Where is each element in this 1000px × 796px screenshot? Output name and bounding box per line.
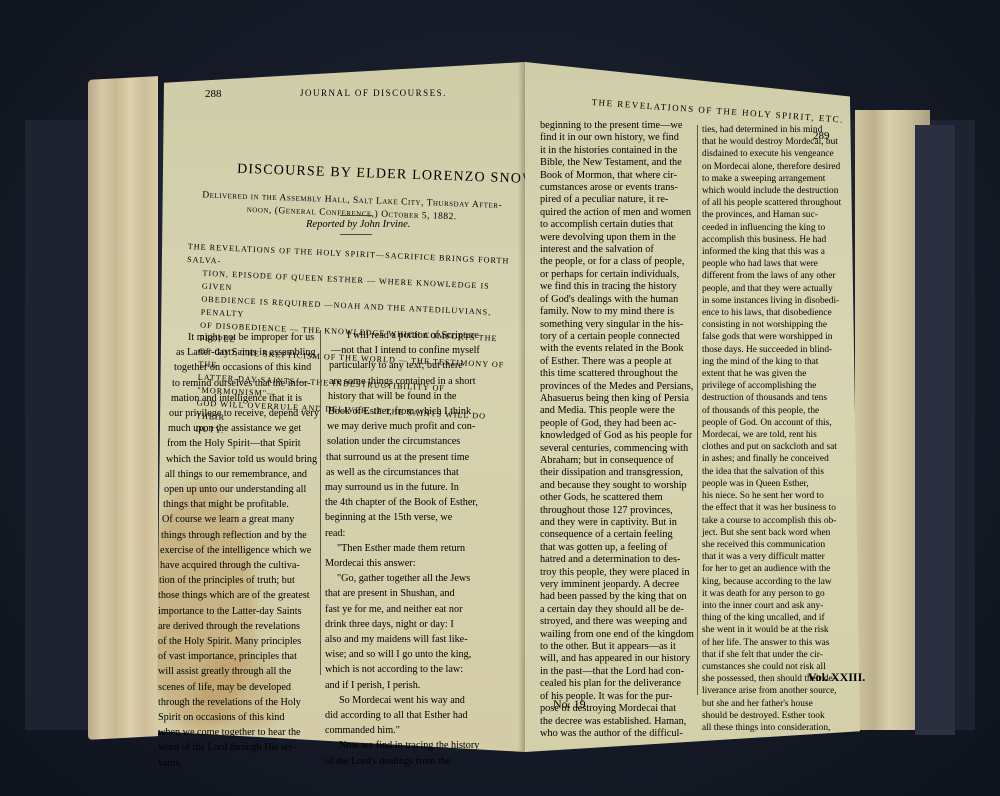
text-line: "Then Esther made them return [325, 541, 515, 556]
column-divider [697, 125, 698, 695]
text-line: and Media. This people were the [540, 405, 698, 417]
text-line: the decree was established. Haman, [540, 716, 698, 728]
text-line: the 4th chapter of the Book of Esther, [325, 495, 515, 510]
text-line: It might not be improper for us [158, 330, 320, 345]
text-line: she received this communication [702, 539, 857, 551]
text-line: cumstances arose or events trans- [540, 182, 698, 194]
text-line: tion of the principles of truth; but [158, 573, 320, 588]
text-line: when we come together to hear the [158, 725, 320, 740]
text-line: interest and the salvation of [540, 244, 698, 256]
text-line: "Go, gather together all the Jews [325, 571, 515, 586]
text-line: of God's dealings with the human [540, 294, 698, 306]
text-line: in ashes; and finally he conceived [702, 453, 857, 465]
text-line: several centuries, commencing with [540, 443, 698, 455]
text-line: should be destroyed. Esther took [702, 710, 857, 722]
text-line: vants. [158, 756, 320, 771]
text-line: mation and intelligence that it is [158, 391, 320, 406]
text-line: informed the king that this was a [702, 246, 857, 258]
text-line: privilege of accomplishing the [702, 380, 857, 392]
text-line: wailing from one end of the kingdom [540, 629, 698, 641]
text-line: Of course we learn a great many [158, 512, 320, 527]
text-line: and they were in captivity. But in [540, 517, 698, 529]
text-line: are derived through the revelations [158, 619, 320, 634]
text-line: have acquired through the cultiva- [158, 558, 320, 573]
text-line: fast ye for me, and neither eat nor [325, 602, 515, 617]
text-line: So Mordecai went his way and [325, 693, 515, 708]
text-line: family. Now to my mind there is [540, 306, 698, 318]
text-line: to remind ourselves that the infor- [158, 376, 320, 391]
text-line: beginning at the 15th verse, we [325, 510, 515, 525]
text-line: the people, or for a class of people, [540, 256, 698, 268]
text-line: tory of a certain people connected [540, 331, 698, 343]
text-line: as Latter-day Saints in assembling [158, 345, 320, 360]
text-line: the provinces, and Haman suc- [702, 209, 857, 221]
left-page-column-1: It might not be improper for us as Latte… [158, 330, 320, 771]
text-line: may surround us in the future. In [325, 480, 515, 495]
text-line: people of God, they had been ac- [540, 418, 698, 430]
text-line: with the events related in the Book [540, 343, 698, 355]
text-line: for her to get an audience with the [702, 563, 857, 575]
text-line: king, because according to the law [702, 576, 857, 588]
text-line: Mordecai this answer: [325, 556, 515, 571]
text-line: consisting in not worshipping the [702, 319, 857, 331]
text-line: disdained to execute his vengeance [702, 148, 857, 160]
text-line: wise; and so will I go unto the king, [325, 647, 515, 662]
text-line: of all his people scattered throughout [702, 197, 857, 209]
text-line: she went in it would be at the risk [702, 624, 857, 636]
text-line: to make a sweeping arrangement [702, 173, 857, 185]
text-line: destruction of thousands and tens [702, 392, 857, 404]
text-line: throughout those 127 provinces, [540, 505, 698, 517]
text-line: into the inner court and ask any- [702, 600, 857, 612]
text-line: ject. But she sent back word when [702, 527, 857, 539]
text-line: those days. He succeeded in blind- [702, 344, 857, 356]
text-line: to the other. But it appears—as it [540, 641, 698, 653]
text-line: Spirit on occasions of this kind [158, 710, 320, 725]
text-line: things that might be profitable. [158, 497, 320, 512]
text-line: or perhaps for certain individuals, [540, 269, 698, 281]
text-line: other Gods, he scattered them [540, 492, 698, 504]
text-line: of vast importance, principles that [158, 649, 320, 664]
text-line: —not that I intend to confine myself [325, 343, 515, 358]
text-line: Book of Mormon, that where cir- [540, 170, 698, 182]
text-line: thing of the king uncalled, and if [702, 612, 857, 624]
text-line: in some instances living in disobedi- [702, 295, 857, 307]
divider [340, 215, 372, 216]
text-line: ing the mind of the king to that [702, 356, 857, 368]
text-line: beginning to the present time—we [540, 120, 698, 132]
text-line: find it in our own history, we find [540, 132, 698, 144]
book-cover-edge [915, 125, 955, 735]
text-line: commanded him." [325, 723, 515, 738]
text-line: the effect that it was her business to [702, 502, 857, 514]
text-line: that was gotten up, a feeling of [540, 542, 698, 554]
text-line: together on occasions of this kind [158, 360, 320, 375]
column-divider [320, 330, 321, 675]
text-line: it in the histories contained in the [540, 145, 698, 157]
running-head-left: JOURNAL OF DISCOURSES. [300, 88, 447, 98]
text-line: extent that he was given the [702, 368, 857, 380]
text-line: of Esther. There was a people at [540, 356, 698, 368]
text-line: particularly to any text; but there [325, 358, 515, 373]
text-line: people was in Queen Esther, [702, 478, 857, 490]
text-line: as well as the circumstances that [325, 465, 515, 480]
text-line: in the past—that the Lord had con- [540, 666, 698, 678]
text-line: are some things contained in a short [325, 374, 515, 389]
text-line: open up unto our understanding all [158, 482, 320, 497]
text-line: and if I perish, I perish. [325, 678, 515, 693]
text-line: false gods that were worshipped in [702, 331, 857, 343]
text-line: all things to our remembrance, and [158, 467, 320, 482]
text-line: of the Holy Spirit. Many principles [158, 634, 320, 649]
left-page-column-2: I will read a portion of Scripture —not … [325, 328, 515, 769]
text-line: something very singular in the his- [540, 319, 698, 331]
text-line: take a course to accomplish this ob- [702, 515, 857, 527]
text-line: word of the Lord through His ser- [158, 740, 320, 755]
left-page-edges [88, 76, 158, 740]
text-line: ties, had determined in his mind [702, 124, 857, 136]
text-line: drink three days, night or day: I [325, 617, 515, 632]
text-line: had been passed by the king that on [540, 591, 698, 603]
text-line: this time scattered throughout the [540, 368, 698, 380]
text-line: but she and her father's house [702, 698, 857, 710]
text-line: history that will be found in the [325, 389, 515, 404]
text-line: and because they sought to worship [540, 480, 698, 492]
text-line: who was the author of the difficul- [540, 728, 698, 740]
text-line: that if she felt that under the cir- [702, 649, 857, 661]
text-line: also and my maidens will fast like- [325, 632, 515, 647]
text-line: I will read a portion of Scripture [325, 328, 515, 343]
divider [340, 234, 372, 235]
text-line: Abraham; but in consequence of [540, 455, 698, 467]
text-line: the idea that the salvation of this [702, 466, 857, 478]
text-line: people who had laws that were [702, 258, 857, 270]
text-line: exercise of the intelligence which we [158, 543, 320, 558]
text-line: were devolving upon them in the [540, 232, 698, 244]
text-line: through the revelations of the Holy [158, 695, 320, 710]
text-line: people, and that they were actually [702, 283, 857, 295]
text-line: Now we find in tracing the history [325, 738, 515, 753]
text-line: knowledged of God as his people for [540, 430, 698, 442]
text-line: that are present in Shushan, and [325, 586, 515, 601]
text-line: it was death for any person to go [702, 588, 857, 600]
text-line: cealed his plan for the deliverance [540, 678, 698, 690]
text-line: will, and has appeared in our history [540, 653, 698, 665]
signature-mark: No. 19 [553, 697, 586, 712]
text-line: our privilege to receive, depend very [158, 406, 320, 421]
text-line: very imminent jeopardy. A decree [540, 579, 698, 591]
text-line: from the Holy Spirit—that Spirit [158, 436, 320, 451]
volume-mark: Vol. XXIII. [808, 670, 865, 685]
text-line: on Mordecai alone, therefore desired [702, 161, 857, 173]
text-line: that he would destroy Mordecai, but [702, 136, 857, 148]
text-line: clothes and put on sackcloth and sat [702, 441, 857, 453]
text-line: hatred and a determination to des- [540, 554, 698, 566]
text-line: their dissipation and transgression, [540, 467, 698, 479]
text-line: we may derive much profit and con- [325, 419, 515, 434]
text-line: things through reflection and by the [158, 528, 320, 543]
page-number-left: 288 [205, 88, 222, 100]
text-line: all these things into consideration, [702, 722, 857, 734]
text-line: which is not according to the law: [325, 662, 515, 677]
text-line: importance to the Latter-day Saints [158, 604, 320, 619]
text-line: much upon the assistance we get [158, 421, 320, 436]
text-line: people of God. On account of this, [702, 417, 857, 429]
text-line: that surround us at the present time [325, 450, 515, 465]
text-line: those things which are of the greatest [158, 588, 320, 603]
text-line: stroyed, and there was weeping and [540, 616, 698, 628]
text-line: of the Lord's dealings from the [325, 754, 515, 769]
right-page-column-1: beginning to the present time—we find it… [540, 120, 698, 740]
text-line: which would include the destruction [702, 185, 857, 197]
text-line: read: [325, 526, 515, 541]
text-line: ceeded in influencing the king to [702, 222, 857, 234]
text-line: which the Savior told us would bring [158, 452, 320, 467]
text-line: did according to all that Esther had [325, 708, 515, 723]
text-line: his niece. So he sent her word to [702, 490, 857, 502]
text-line: Ahasuerus being then king of Persia [540, 393, 698, 405]
reporter-credit: Reported by John Irvine. [306, 219, 410, 230]
text-line: of thousands of this people, the [702, 405, 857, 417]
text-line: different from the laws of any other [702, 270, 857, 282]
text-line: solation under the circumstances [325, 434, 515, 449]
text-line: Mordecai, we are told, rent his [702, 429, 857, 441]
text-line: of her life. The answer to this was [702, 637, 857, 649]
text-line: that it was a very difficult matter [702, 551, 857, 563]
text-line: Book of Esther, from which I think [325, 404, 515, 419]
text-line: accomplish this business. He had [702, 234, 857, 246]
text-line: quired the action of men and women [540, 207, 698, 219]
text-line: scenes of life, may be developed [158, 680, 320, 695]
text-line: troy this people, they were placed in [540, 567, 698, 579]
text-line: pired of a peculiar nature, it re- [540, 194, 698, 206]
text-line: liverance arise from another source, [702, 685, 857, 697]
text-line: a certain day they should all be de- [540, 604, 698, 616]
text-line: consequence of a certain feeling [540, 529, 698, 541]
text-line: to accomplish certain duties that [540, 219, 698, 231]
text-line: Bible, the New Testament, and the [540, 157, 698, 169]
text-line: provinces of the Medes and Persians, [540, 381, 698, 393]
text-line: ence to his laws, that disobedience [702, 307, 857, 319]
right-page-column-2: ties, had determined in his mind that he… [702, 124, 857, 734]
text-line: we find this in tracing the history [540, 281, 698, 293]
text-line: will assist greatly through all the [158, 664, 320, 679]
